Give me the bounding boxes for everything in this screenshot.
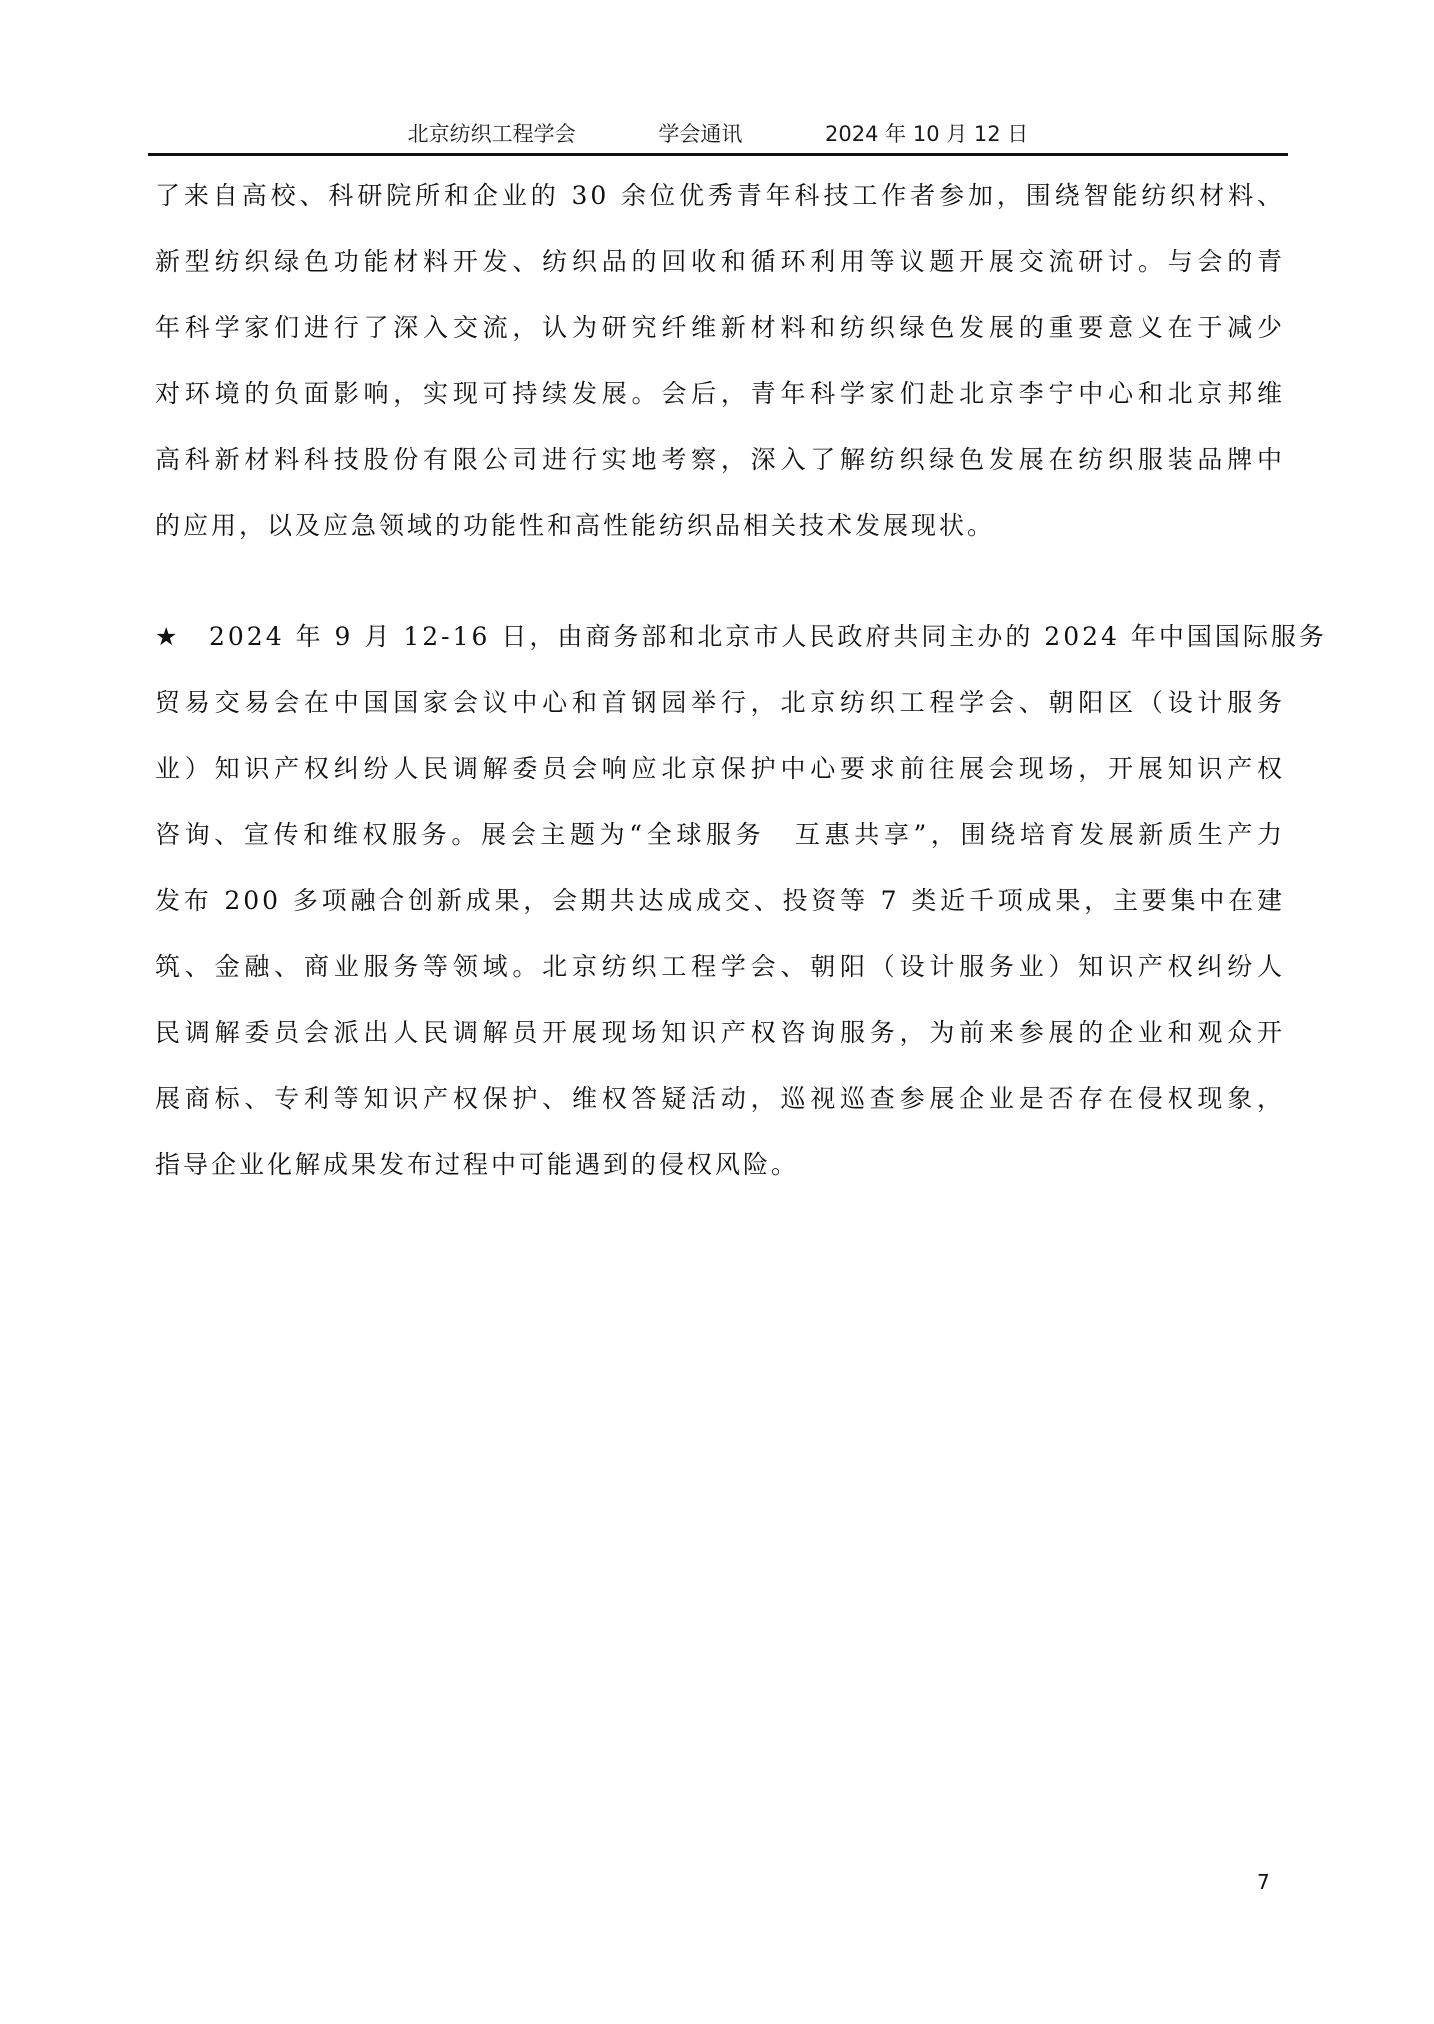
text-line-with-bullet: ★2024 年 9 月 12-16 日，由商务部和北京市人民政府共同主办的 20… — [155, 604, 1285, 670]
paragraph-2: ★2024 年 9 月 12-16 日，由商务部和北京市人民政府共同主办的 20… — [155, 604, 1285, 1198]
header-divider — [148, 153, 1288, 156]
text-line: 了来自高校、科研院所和企业的 30 余位优秀青年科技工作者参加，围绕智能纺织材料… — [155, 163, 1285, 229]
star-bullet-icon: ★ — [155, 604, 209, 670]
page-number: 7 — [1257, 1870, 1270, 1894]
text-line: 高科新材料科技股份有限公司进行实地考察，深入了解纺织绿色发展在纺织服装品牌中 — [155, 427, 1285, 493]
paragraph-1: 了来自高校、科研院所和企业的 30 余位优秀青年科技工作者参加，围绕智能纺织材料… — [155, 163, 1285, 559]
header-publication: 学会通讯 — [658, 118, 742, 148]
text-line: 筑、金融、商业服务等领域。北京纺织工程学会、朝阳（设计服务业）知识产权纠纷人 — [155, 934, 1285, 1000]
text-line: 新型纺织绿色功能材料开发、纺织品的回收和循环利用等议题开展交流研讨。与会的青 — [155, 229, 1285, 295]
text-line: 贸易交易会在中国国家会议中心和首钢园举行，北京纺织工程学会、朝阳区（设计服务 — [155, 670, 1285, 736]
text-line: 民调解委员会派出人民调解员开展现场知识产权咨询服务，为前来参展的企业和观众开 — [155, 1000, 1285, 1066]
text-line: 年科学家们进行了深入交流，认为研究纤维新材料和纺织绿色发展的重要意义在于减少 — [155, 295, 1285, 361]
text-line: 咨询、宣传和维权服务。展会主题为“全球服务 互惠共享”，围绕培育发展新质生产力 — [155, 802, 1285, 868]
header-date: 2024 年 10 月 12 日 — [825, 118, 1028, 148]
text-line: 业）知识产权纠纷人民调解委员会响应北京保护中心要求前往展会现场，开展知识产权 — [155, 736, 1285, 802]
text-line: 指导企业化解成果发布过程中可能遇到的侵权风险。 — [155, 1132, 1285, 1198]
text-line: 的应用，以及应急领域的功能性和高性能纺织品相关技术发展现状。 — [155, 493, 1285, 559]
running-header: 北京纺织工程学会 学会通讯 2024 年 10 月 12 日 — [148, 118, 1288, 148]
text-line: 展商标、专利等知识产权保护、维权答疑活动，巡视巡查参展企业是否存在侵权现象， — [155, 1066, 1285, 1132]
text-line: 发布 200 多项融合创新成果，会期共达成成交、投资等 7 类近千项成果，主要集… — [155, 868, 1285, 934]
text-line: 对环境的负面影响，实现可持续发展。会后，青年科学家们赴北京李宁中心和北京邦维 — [155, 361, 1285, 427]
text-line: 2024 年 9 月 12-16 日，由商务部和北京市人民政府共同主办的 202… — [209, 622, 1327, 651]
header-organization: 北京纺织工程学会 — [408, 118, 576, 148]
